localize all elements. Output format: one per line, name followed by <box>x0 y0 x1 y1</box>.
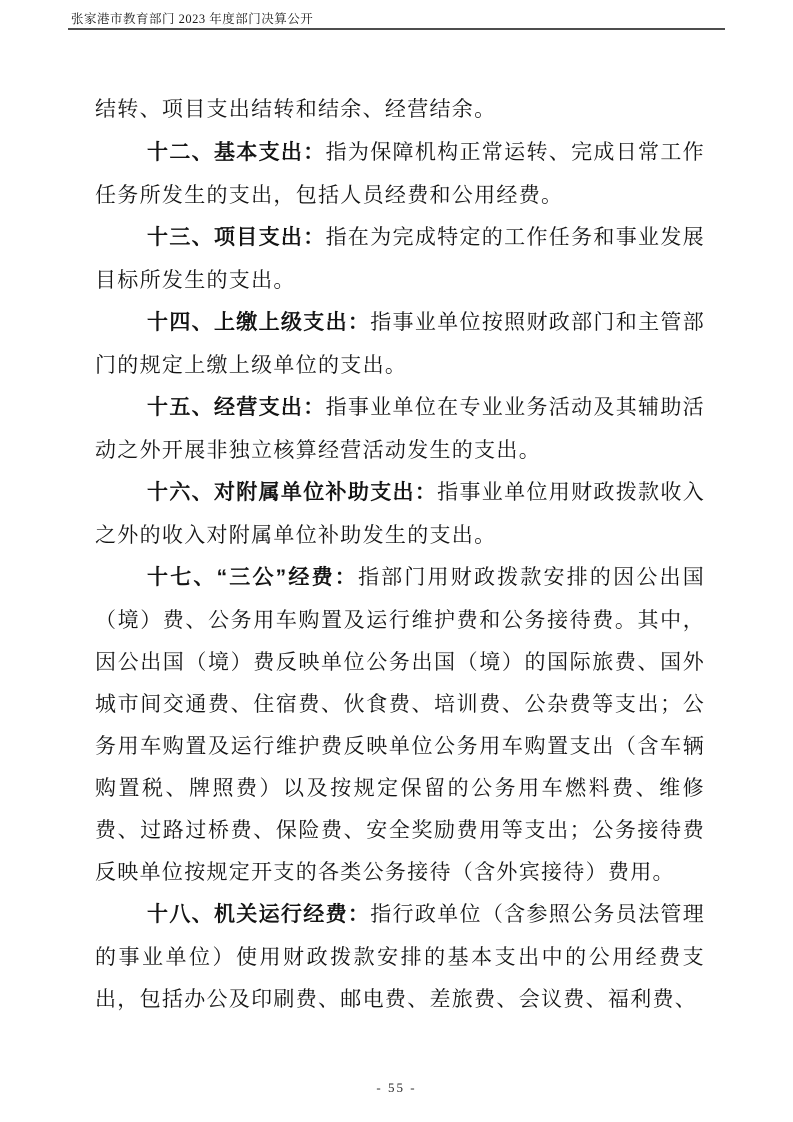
document-page: 张家港市教育部门 2023 年度部门决算公开 结转、项目支出结转和结余、经营结余… <box>0 0 793 1122</box>
paragraph-continuation: 结转、项目支出结转和结余、经营结余。 <box>95 88 705 131</box>
paragraph-lead: 十五、经营支出： <box>147 396 326 419</box>
paragraph-item-12: 十二、基本支出：指为保障机构正常运转、完成日常工作任务所发生的支出，包括人员经费… <box>95 131 705 216</box>
page-footer: - 55 - <box>0 1080 793 1096</box>
paragraph-lead: 十三、项目支出： <box>147 226 326 249</box>
paragraph-lead: 十六、对附属单位补助支出： <box>147 481 437 504</box>
paragraph-lead: 十二、基本支出： <box>147 141 326 164</box>
page-number: - 55 - <box>376 1080 416 1095</box>
paragraph-lead: 十八、机关运行经费： <box>147 903 370 926</box>
paragraph-text: 指部门用财政拨款安排的因公出国（境）费、公务用车购置及运行维护费和公务接待费。其… <box>95 565 705 884</box>
page-header-title: 张家港市教育部门 2023 年度部门决算公开 <box>71 9 313 27</box>
paragraph-item-14: 十四、上缴上级支出：指事业单位按照财政部门和主管部门的规定上缴上级单位的支出。 <box>95 301 705 386</box>
paragraph-item-15: 十五、经营支出：指事业单位在专业业务活动及其辅助活动之外开展非独立核算经营活动发… <box>95 386 705 471</box>
paragraph-item-17: 十七、“三公”经费：指部门用财政拨款安排的因公出国（境）费、公务用车购置及运行维… <box>95 556 705 893</box>
paragraph-item-13: 十三、项目支出：指在为完成特定的工作任务和事业发展目标所发生的支出。 <box>95 216 705 301</box>
header-divider-line <box>68 28 725 30</box>
paragraph-lead: 十四、上缴上级支出： <box>147 311 370 334</box>
paragraph-item-16: 十六、对附属单位补助支出：指事业单位用财政拨款收入之外的收入对附属单位补助发生的… <box>95 471 705 556</box>
document-body: 结转、项目支出结转和结余、经营结余。 十二、基本支出：指为保障机构正常运转、完成… <box>95 88 705 1020</box>
paragraph-text: 结转、项目支出结转和结余、经营结余。 <box>95 97 496 121</box>
paragraph-lead: 十七、“三公”经费： <box>147 566 358 589</box>
paragraph-item-18: 十八、机关运行经费：指行政单位（含参照公务员法管理的事业单位）使用财政拨款安排的… <box>95 893 705 1020</box>
